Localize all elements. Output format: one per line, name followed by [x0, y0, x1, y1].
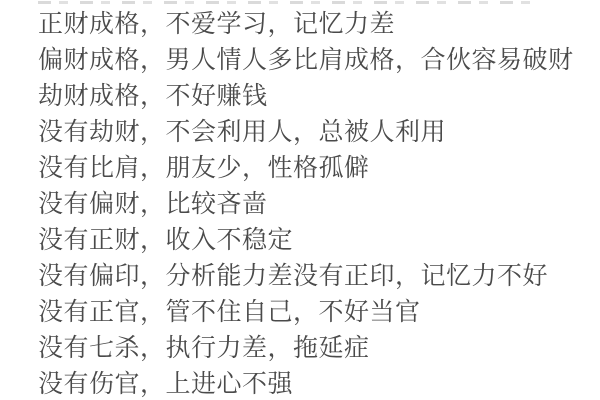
text-line: 没有比肩，朋友少，性格孤僻 — [38, 150, 590, 186]
text-line: 劫财成格，不好赚钱 — [38, 78, 590, 114]
document-page: 正财成格，不爱学习，记忆力差 偏财成格，男人情人多比肩成格，合伙容易破财 劫财成… — [0, 0, 600, 400]
text-line: 没有正财，收入不稳定 — [38, 222, 590, 258]
text-line: 没有偏印，分析能力差没有正印，记忆力不好 — [38, 258, 590, 294]
clipped-line-fragment — [38, 1, 530, 4]
text-block: 正财成格，不爱学习，记忆力差 偏财成格，男人情人多比肩成格，合伙容易破财 劫财成… — [38, 6, 590, 400]
text-line: 正财成格，不爱学习，记忆力差 — [38, 6, 590, 42]
text-line: 没有偏财，比较吝啬 — [38, 186, 590, 222]
text-line: 没有伤官，上进心不强 — [38, 366, 590, 400]
text-line: 没有劫财，不会利用人，总被人利用 — [38, 114, 590, 150]
text-line: 偏财成格，男人情人多比肩成格，合伙容易破财 — [38, 42, 590, 78]
text-line: 没有正官，管不住自己，不好当官 — [38, 294, 590, 330]
text-line: 没有七杀，执行力差，拖延症 — [38, 330, 590, 366]
